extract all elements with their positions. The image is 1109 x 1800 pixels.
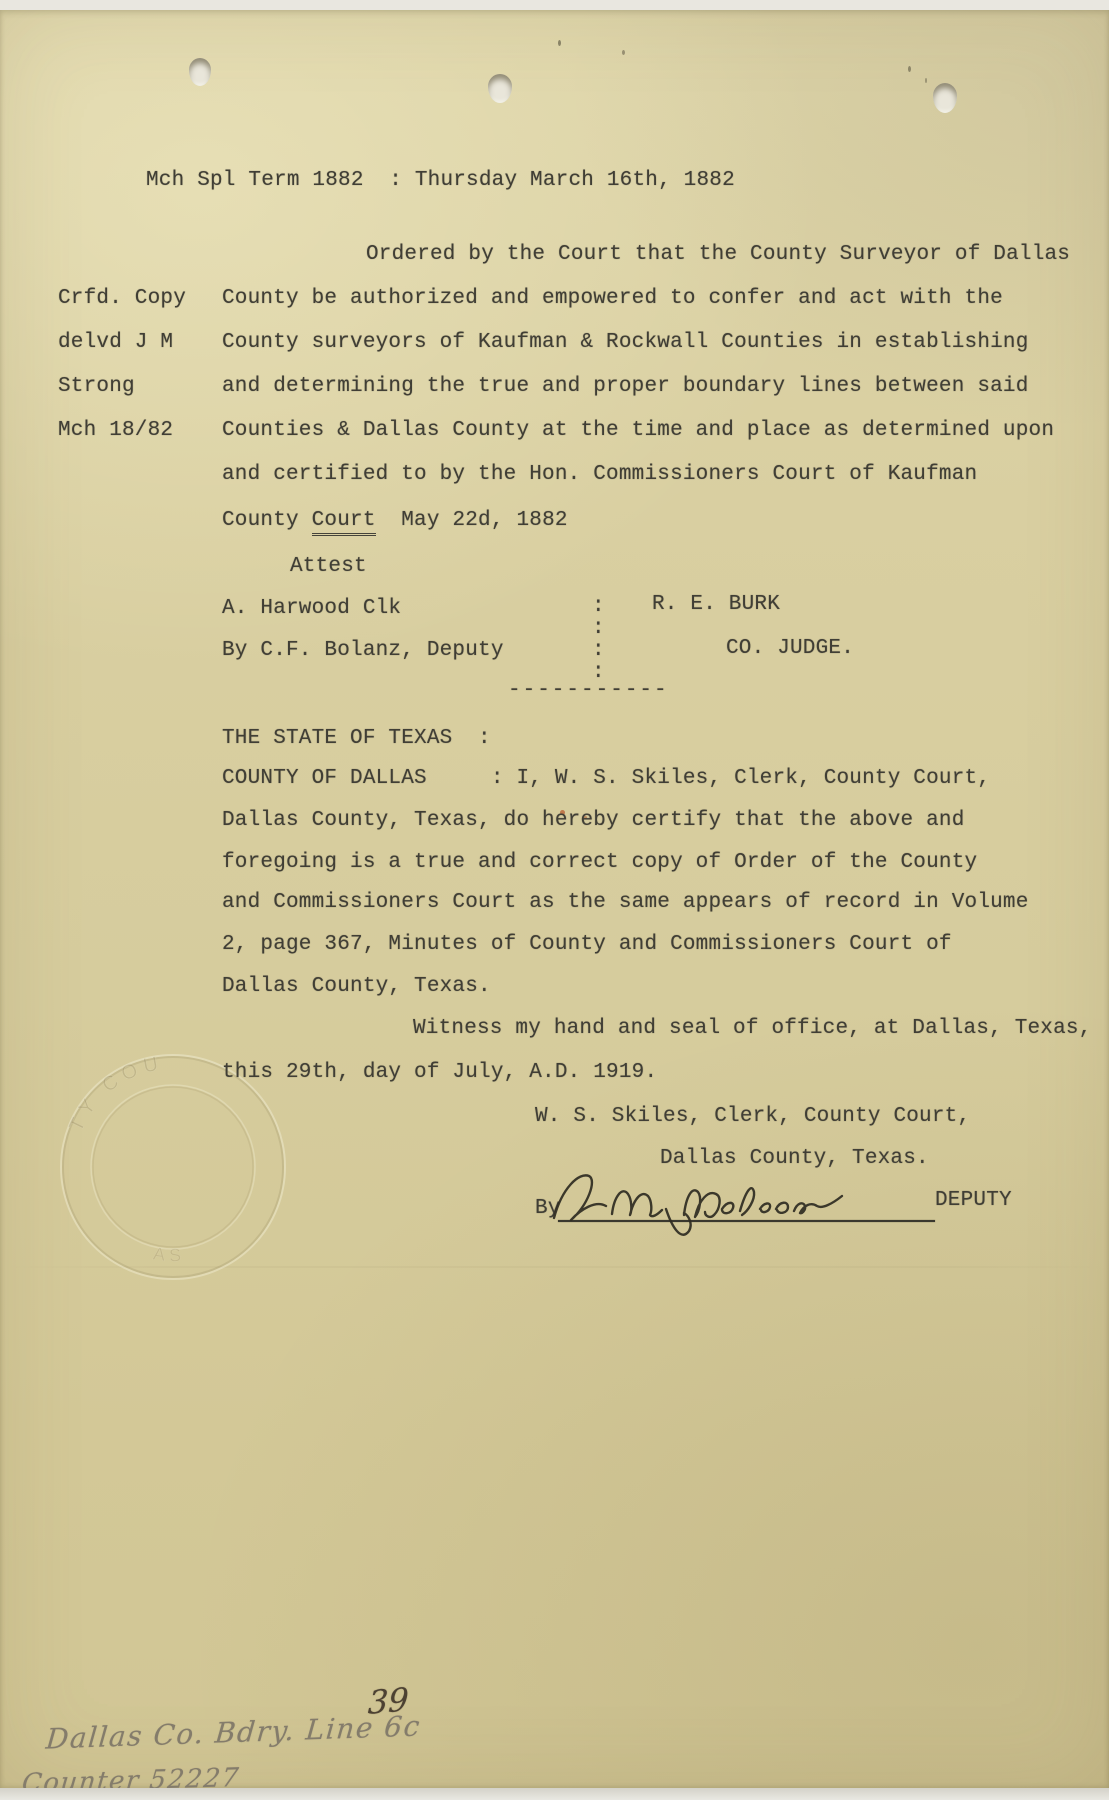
order-line: County surveyors of Kaufman & Rockwall C… <box>222 330 1029 356</box>
deputy-label: DEPUTY <box>935 1188 1012 1214</box>
punch-hole-left <box>189 58 211 86</box>
certification-line: Dallas County, Texas, do hereby certify … <box>222 808 965 834</box>
colon-separator-stack: : : : : <box>592 596 605 684</box>
paper-speck <box>908 66 911 72</box>
term-header: Mch Spl Term 1882 : Thursday March 16th,… <box>146 168 735 194</box>
witness-date-line: this 29th, day of July, A.D. 1919. <box>222 1060 657 1086</box>
certification-line: Dallas County, Texas. <box>222 974 491 1000</box>
state-heading: THE STATE OF TEXAS : <box>222 726 491 752</box>
clerk-signature-title: W. S. Skiles, Clerk, County Court, <box>535 1104 970 1130</box>
punch-hole-middle <box>488 74 512 103</box>
order-date-line: County Court May 22d, 1882 <box>222 508 568 534</box>
pencil-note-boundary: Dallas Co. Bdry. Line 6c <box>45 1709 423 1755</box>
margin-note-date: Mch 18/82 <box>58 418 173 444</box>
attest-deputy-by: By C.F. Bolanz, Deputy <box>222 638 504 664</box>
margin-note-crfd: Crfd. Copy <box>58 286 186 312</box>
certification-line: 2, page 367, Minutes of County and Commi… <box>222 932 952 958</box>
svg-text:AS: AS <box>152 1244 187 1266</box>
order-date: May 22d, 1882 <box>376 509 568 532</box>
seal-text-bottom: AS <box>152 1244 187 1266</box>
certification-line: COUNTY OF DALLAS : I, W. S. Skiles, Cler… <box>222 766 990 792</box>
certification-line: and Commissioners Court as the same appe… <box>222 890 1029 916</box>
seal-text-top: TY COU <box>65 1052 166 1135</box>
margin-note-strong: Strong <box>58 374 135 400</box>
order-line: Counties & Dallas County at the time and… <box>222 418 1054 444</box>
order-line: and certified to by the Hon. Commissione… <box>222 462 977 488</box>
deputy-signature <box>548 1166 848 1250</box>
section-divider-dashes: ----------- <box>508 678 669 704</box>
attest-label: Attest <box>290 554 367 580</box>
order-line: Ordered by the Court that the County Sur… <box>366 242 1070 268</box>
order-line: and determining the true and proper boun… <box>222 374 1029 400</box>
judge-title: CO. JUDGE. <box>726 636 854 662</box>
attest-clerk-name: A. Harwood Clk <box>222 596 401 622</box>
paper-speck <box>558 40 561 46</box>
svg-text:TY COU: TY COU <box>65 1052 166 1135</box>
paper-speck <box>622 50 625 55</box>
court-underlined: Court <box>312 509 376 536</box>
judge-name: R. E. BURK <box>652 592 780 618</box>
margin-note-delvd: delvd J M <box>58 330 173 356</box>
signature-stroke <box>554 1175 842 1234</box>
witness-line: Witness my hand and seal of office, at D… <box>413 1016 1092 1042</box>
deputy-signature-name: A M Nelson <box>0 10 1 11</box>
county-word: County <box>222 509 312 532</box>
order-line: County be authorized and empowered to co… <box>222 286 1003 312</box>
paper-speck <box>925 78 927 83</box>
scanner-edge <box>0 1788 1109 1800</box>
scanned-paper-document: TY COU AS Mch Spl Term 1882 : Thursday M… <box>0 10 1109 1788</box>
certification-line: foregoing is a true and correct copy of … <box>222 850 977 876</box>
punch-hole-right <box>933 83 957 113</box>
